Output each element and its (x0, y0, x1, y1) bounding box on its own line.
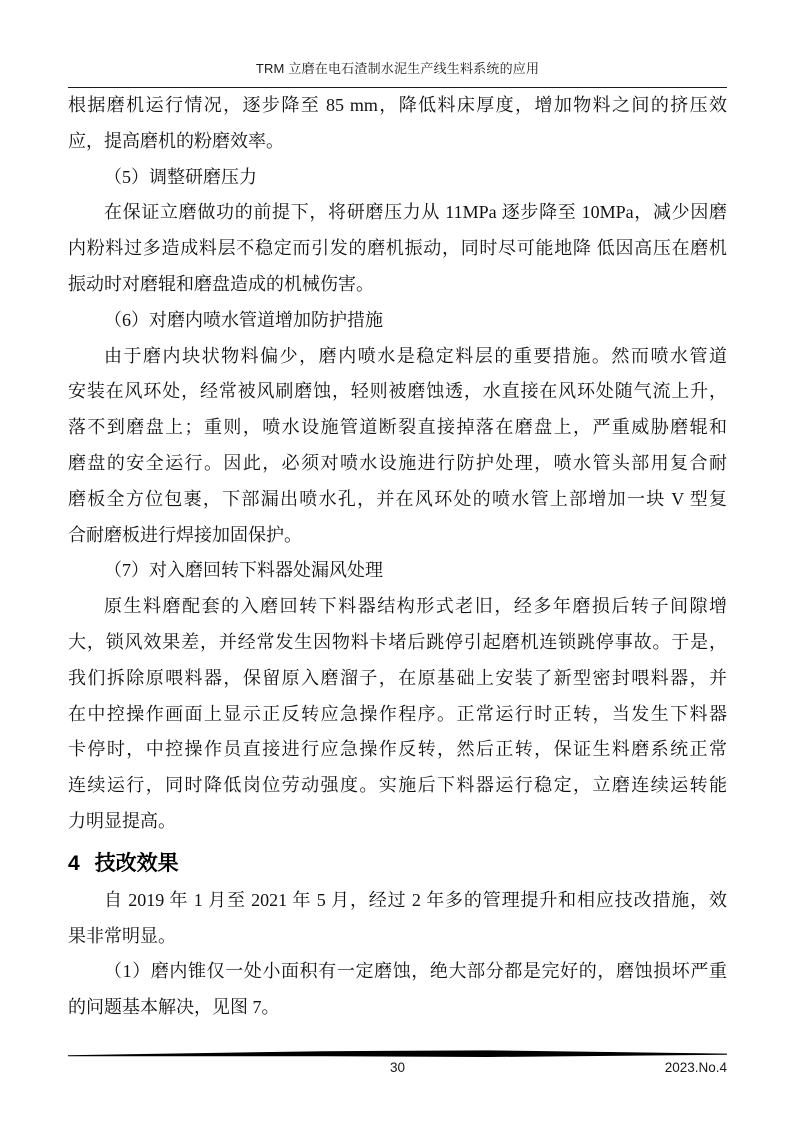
page-footer: 30 2023.No.4 (68, 1058, 727, 1078)
paragraph-line: 根据磨机运行情况，逐步降至 85 mm，降低料床厚度，增加物料之间的挤压效 (68, 88, 727, 124)
document-page: TRM 立磨在电石渣制水泥生产线生料系统的应用 根据磨机运行情况，逐步降至 85… (0, 0, 793, 1122)
paragraph-line: 落不到磨盘上；重则，喷水设施管道断裂直接掉落在磨盘上，严重威胁磨辊和 (68, 410, 727, 446)
paragraph-line: 由于磨内块状物料偏少，磨内喷水是稳定料层的重要措施。然而喷水管道 (68, 339, 727, 375)
paragraph-line: 内粉料过多造成料层不稳定而引发的磨机振动，同时尽可能地降 低因高压在磨机 (68, 231, 727, 267)
paragraph-line: 连续运行，同时降低岗位劳动强度。实施后下料器运行稳定，立磨连续运转能 (68, 768, 727, 804)
paragraph-line: 安装在风环处，经常被风刷磨蚀，轻则被磨蚀透，水直接在风环处随气流上升， (68, 374, 727, 410)
paragraph-line: 力明显提高。 (68, 804, 727, 840)
item-heading-5: （5）调整研磨压力 (68, 160, 727, 196)
paragraph-line: 振动时对磨辊和磨盘造成的机械伤害。 (68, 267, 727, 303)
issue-number: 2023.No.4 (665, 1058, 727, 1078)
footer-rule (68, 1050, 727, 1058)
paragraph-line: 大，锁风效果差，并经常发生因物料卡堵后跳停引起磨机连锁跳停事故。于是， (68, 625, 727, 661)
running-title: TRM 立磨在电石渣制水泥生产线生料系统的应用 (68, 59, 727, 78)
paragraph-line: 自 2019 年 1 月至 2021 年 5 月，经过 2 年多的管理提升和相应… (68, 883, 727, 919)
section-heading: 4技改效果 (68, 849, 727, 879)
paragraph-line: 在中控操作画面上显示正反转应急操作程序。正常运行时正转，当发生下料器 (68, 697, 727, 733)
paragraph-line: 磨盘的安全运行。因此，必须对喷水设施进行防护处理，喷水管头部用复合耐 (68, 446, 727, 482)
paragraph-line: 果非常明显。 (68, 919, 727, 955)
item-heading-6: （6）对磨内喷水管道增加防护措施 (68, 303, 727, 339)
page-header: TRM 立磨在电石渣制水泥生产线生料系统的应用 (68, 59, 727, 78)
paragraph-line: 合耐磨板进行焊接加固保护。 (68, 518, 727, 554)
paragraph-line: 在保证立磨做功的前提下，将研磨压力从 11MPa 逐步降至 10MPa，减少因磨 (68, 195, 727, 231)
section-number: 4 (68, 852, 80, 875)
paragraph-line: 我们拆除原喂料器，保留原入磨溜子，在原基础上安装了新型密封喂料器，并 (68, 661, 727, 697)
document-body: 根据磨机运行情况，逐步降至 85 mm，降低料床厚度，增加物料之间的挤压效 应，… (68, 88, 727, 1026)
paragraph-line: 卡停时，中控操作员直接进行应急操作反转，然后正转，保证生料磨系统正常 (68, 732, 727, 768)
paragraph-line: （1）磨内锥仅一处小面积有一定磨蚀，绝大部分都是完好的，磨蚀损坏严重 (68, 954, 727, 990)
paragraph-line: 原生料磨配套的入磨回转下料器结构形式老旧，经多年磨损后转子间隙增 (68, 589, 727, 625)
paragraph-line: 磨板全方位包裹，下部漏出喷水孔，并在风环处的喷水管上部增加一块 V 型复 (68, 482, 727, 518)
section-title: 技改效果 (95, 852, 179, 875)
paragraph-line: 的问题基本解决，见图 7。 (68, 990, 727, 1026)
page-number: 30 (68, 1058, 727, 1078)
item-heading-7: （7）对入磨回转下料器处漏风处理 (68, 553, 727, 589)
paragraph-line: 应，提高磨机的粉磨效率。 (68, 124, 727, 160)
